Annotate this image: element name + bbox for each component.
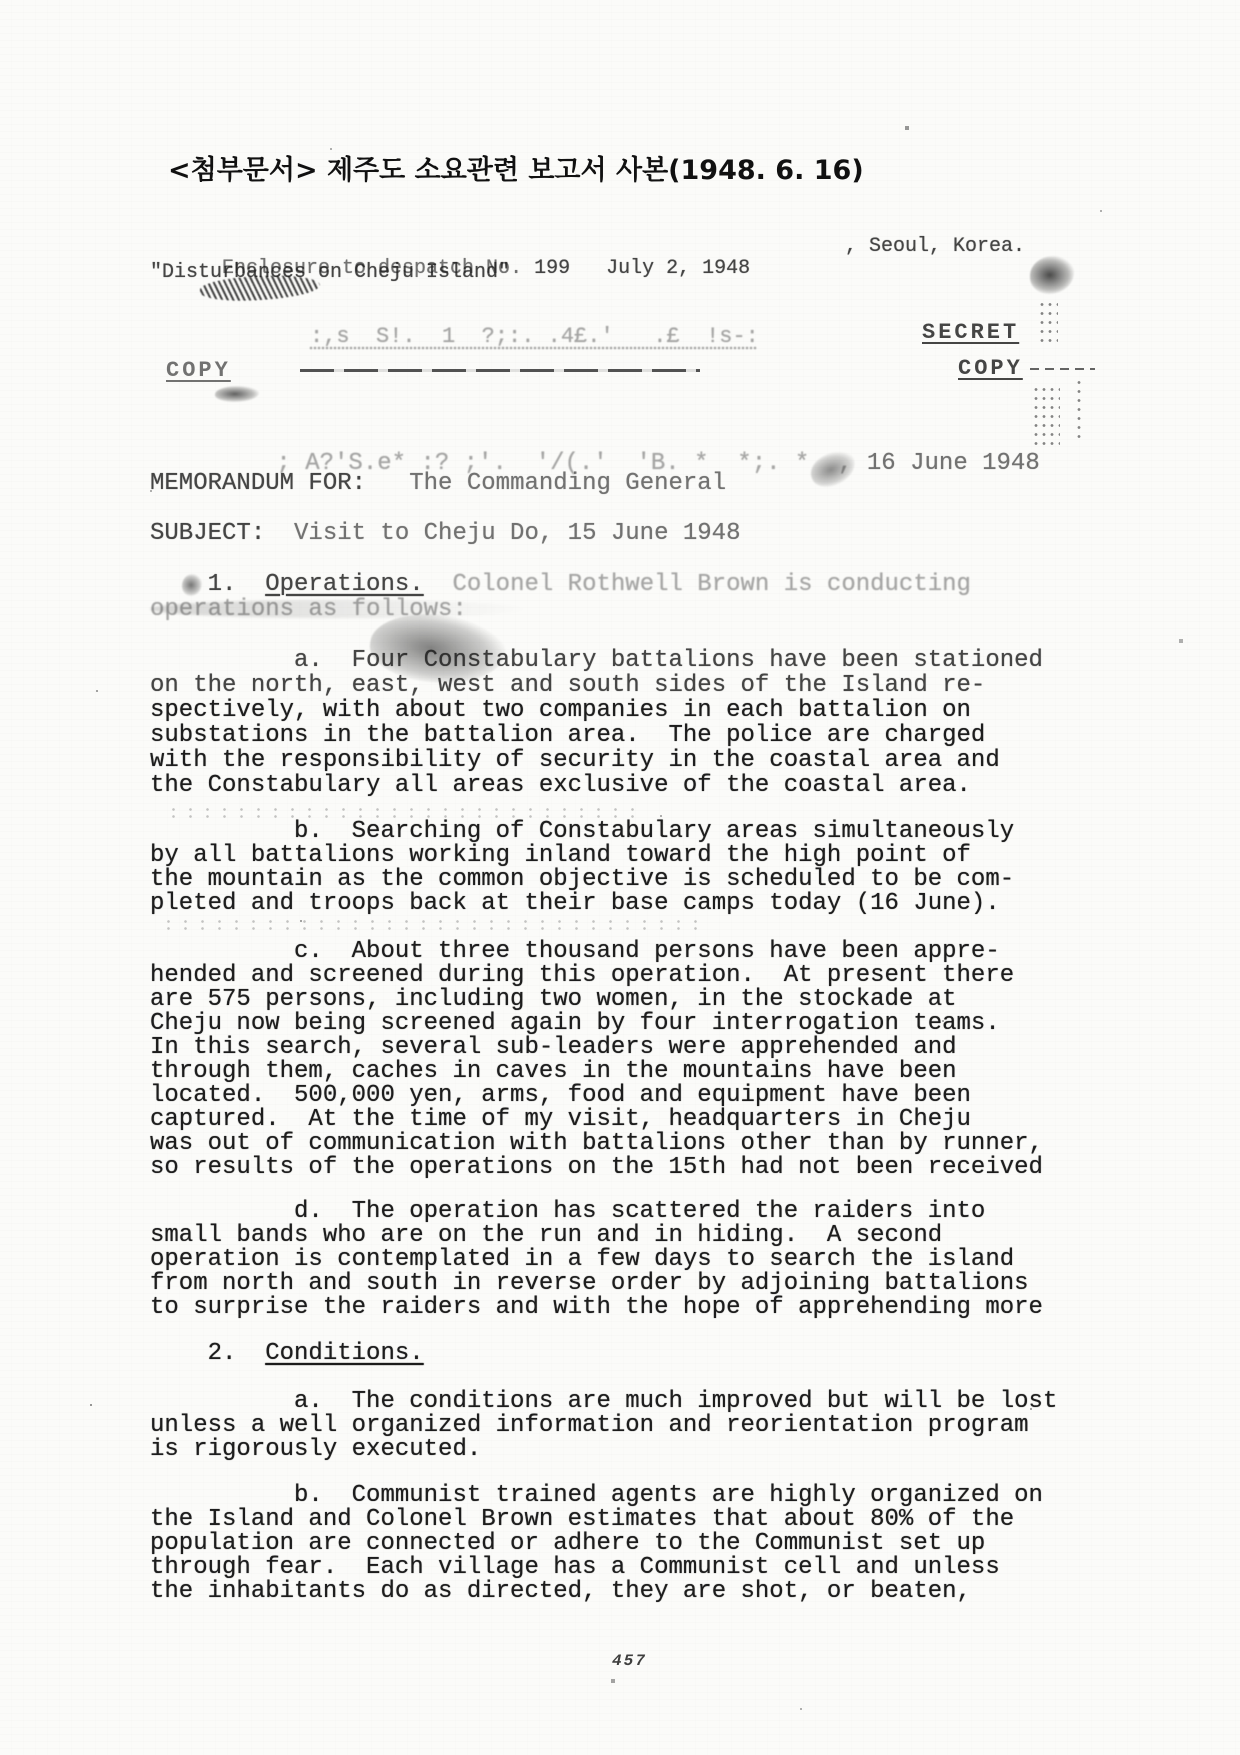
doc-line: captured. At the time of my visit, headq… [150,1108,1043,1132]
memorandum-for-label: MEMORANDUM FOR: [150,470,366,497]
enclosure-number: 199 [534,257,570,280]
doc-line: b. Searching of Constabulary areas simul… [150,820,1014,844]
dateline-date: 16 June 1948 [853,450,1040,477]
enclosure-date: July 2, 1948 [570,257,750,280]
memorandum-for-value: The Commanding General [366,470,726,497]
doc-line: by all battalions working inland toward … [150,844,1014,868]
section1-number: 1. [150,571,265,598]
page-number: 457 [610,1652,649,1670]
doc-line: the mountain as the common objective is … [150,868,1014,892]
doc-line: Cheju now being screened again by four i… [150,1012,1043,1036]
doc-line: In this search, several sub-leaders were… [150,1036,1043,1060]
secret-stamp: SECRET [922,320,1019,345]
subject-line: SUBJECT:Visit to Cheju Do, 15 June 1948 [150,522,741,546]
doc-line: so results of the operations on the 15th… [150,1156,1043,1180]
doc-line: pleted and troops back at their base cam… [150,892,1014,916]
doc-line: b. Communist trained agents are highly o… [150,1484,1043,1508]
section1-heading-tail: Colonel Rothwell Brown is conducting [424,571,971,598]
doc-line: located. 500,000 yen, arms, food and equ… [150,1084,1043,1108]
doc-line: unless a well organized information and … [150,1414,1057,1438]
doc-line: on the north, east, west and south sides… [150,673,1043,698]
korean-caption-title: <첨부문서> 제주도 소요관련 보고서 사본(1948. 6. 16) [168,148,864,187]
doc-line: a. Four Constabulary battalions have bee… [150,648,1043,673]
horizontal-rule [300,369,700,372]
section1-heading-text: Operations. [265,571,423,598]
doc-line: the Island and Colonel Brown estimates t… [150,1508,1043,1532]
doc-line: are 575 persons, including two women, in… [150,988,1043,1012]
dash-mark [1030,368,1095,370]
doc-line: the inhabitants do as directed, they are… [150,1580,1043,1604]
scan-speckle-row [165,806,635,822]
doc-line: through them, caches in caves in the mou… [150,1060,1043,1084]
doc-title-quote: "Disturbances on Cheju Island" [150,261,510,285]
doc-line: was out of communication with battalions… [150,1132,1043,1156]
doc-line: to surprise the raiders and with the hop… [150,1296,1043,1320]
ink-dots-trail [1032,385,1060,447]
copy-stamp-right: COPY [958,356,1023,381]
paragraph-2b: b. Communist trained agents are highly o… [150,1484,1043,1604]
doc-line: is rigorously executed. [150,1438,1057,1462]
section2-heading-text: Conditions. [265,1340,423,1367]
doc-line: population are connected or adhere to th… [150,1532,1043,1556]
ink-dots-trail [1075,378,1085,442]
doc-line: from north and south in reverse order by… [150,1272,1043,1296]
paragraph-1b: b. Searching of Constabulary areas simul… [150,820,1014,916]
paragraph-1d: d. The operation has scattered the raide… [150,1200,1043,1320]
subject-label: SUBJECT: [150,520,265,547]
ink-dots-trail [1038,300,1058,344]
doc-line: a. The conditions are much improved but … [150,1390,1057,1414]
paragraph-1a: a. Four Constabulary battalions have bee… [150,648,1043,798]
doc-line: substations in the battalion area. The p… [150,723,1043,748]
doc-line: small bands who are on the run and in hi… [150,1224,1043,1248]
section2-heading: 2. Conditions. [150,1342,424,1366]
scan-speckle-row [160,918,700,934]
doc-line: spectively, with about two companies in … [150,698,1043,723]
paragraph-2a: a. The conditions are much improved but … [150,1390,1057,1462]
subject-value: Visit to Cheju Do, 15 June 1948 [265,520,740,547]
section2-number: 2. [150,1340,265,1367]
scanned-document-page: <첨부문서> 제주도 소요관련 보고서 사본(1948. 6. 16) Encl… [0,0,1240,1755]
location-line: , Seoul, Korea. [845,235,1025,259]
copy-stamp-left: COPY [166,358,231,383]
doc-line: c. About three thousand persons have bee… [150,940,1043,964]
doc-line: hended and screened during this operatio… [150,964,1043,988]
doc-line: through fear. Each village has a Communi… [150,1556,1043,1580]
memorandum-for-line: MEMORANDUM FOR:The Commanding General [150,472,726,496]
letterhead-illegible: :,s S!. 1 ?;:. .4£.' .£ !s-: [310,325,759,349]
doc-line: d. The operation has scattered the raide… [150,1200,1043,1224]
doc-line: the Constabulary all areas exclusive of … [150,773,1043,798]
pencil-smear [150,600,530,618]
doc-line: operation is contemplated in a few days … [150,1248,1043,1272]
doc-line: with the responsibility of security in t… [150,748,1043,773]
paragraph-1c: c. About three thousand persons have bee… [150,940,1043,1180]
